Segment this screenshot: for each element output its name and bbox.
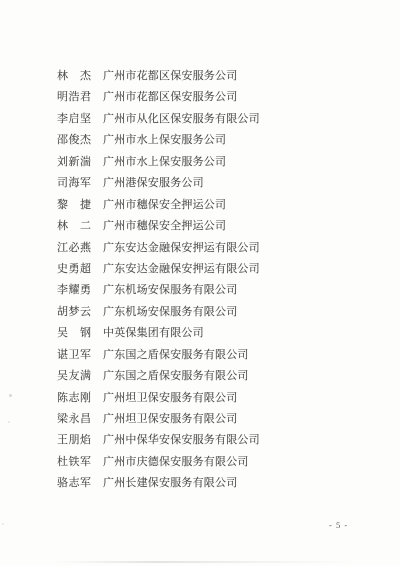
roster-row: 谌卫军 广东国之盾保安服务有限公司 [57, 345, 377, 366]
person-name: 江必燕 [57, 238, 103, 259]
roster-row: 林 杰 广州市花都区保安服务公司 [57, 66, 377, 87]
person-name: 杜铁军 [57, 452, 103, 473]
roster-row: 江必燕 广东安达金融保安押运有限公司 [57, 238, 377, 259]
company-name: 广东安达金融保安押运有限公司 [103, 259, 260, 280]
roster-row: 刘新湍 广州市水上保安服务公司 [57, 152, 377, 173]
person-name: 林 二 [57, 216, 103, 237]
scan-speck [8, 421, 10, 423]
person-name: 谌卫军 [57, 345, 103, 366]
roster-row: 杜铁军 广州市庆德保安服务有限公司 [57, 452, 377, 473]
document-page: 林 杰 广州市花都区保安服务公司 明浩君 广州市花都区保安服务公司 李启坚 广州… [0, 0, 400, 566]
person-name: 史勇超 [57, 259, 103, 280]
company-name: 广州市花都区保安服务公司 [103, 66, 237, 87]
company-name: 广州坦卫保安服务有限公司 [103, 388, 237, 409]
roster-row: 林 二 广州市穗保安全押运公司 [57, 216, 377, 237]
person-name: 胡梦云 [57, 302, 103, 323]
roster-list: 林 杰 广州市花都区保安服务公司 明浩君 广州市花都区保安服务公司 李启坚 广州… [57, 66, 377, 495]
company-name: 广州市从化区保安服务有限公司 [103, 109, 260, 130]
company-name: 广州坦卫保安服务有限公司 [103, 409, 237, 430]
roster-row: 骆志军 广州长建保安服务有限公司 [57, 473, 377, 494]
roster-row: 王朋焰 广州中保华安保安服务有限公司 [57, 430, 377, 451]
roster-row: 陈志刚 广州坦卫保安服务有限公司 [57, 388, 377, 409]
roster-row: 司海军 广州港保安服务公司 [57, 173, 377, 194]
company-name: 广东安达金融保安押运有限公司 [103, 238, 260, 259]
company-name: 广州市穗保安全押运公司 [103, 216, 226, 237]
company-name: 广东机场安保服务有限公司 [103, 280, 237, 301]
page-number: - 5 - [329, 520, 348, 530]
company-name: 中英保集团有限公司 [103, 323, 204, 344]
roster-row: 梁永昌 广州坦卫保安服务有限公司 [57, 409, 377, 430]
roster-row: 吴友满 广东国之盾保安服务有限公司 [57, 366, 377, 387]
company-name: 广州长建保安服务有限公司 [103, 473, 237, 494]
person-name: 吴 钢 [57, 323, 103, 344]
company-name: 广州港保安服务公司 [103, 173, 204, 194]
person-name: 刘新湍 [57, 152, 103, 173]
person-name: 陈志刚 [57, 388, 103, 409]
company-name: 广州中保华安保安服务有限公司 [103, 430, 260, 451]
person-name: 李耀勇 [57, 280, 103, 301]
scan-speck [9, 394, 12, 397]
person-name: 黎 捷 [57, 195, 103, 216]
roster-row: 邵俊杰 广州市水上保安服务公司 [57, 130, 377, 151]
person-name: 李启坚 [57, 109, 103, 130]
company-name: 广州市水上保安服务公司 [103, 130, 226, 151]
company-name: 广东国之盾保安服务有限公司 [103, 366, 249, 387]
roster-row: 明浩君 广州市花都区保安服务公司 [57, 87, 377, 108]
roster-row: 胡梦云 广东机场安保服务有限公司 [57, 302, 377, 323]
person-name: 王朋焰 [57, 430, 103, 451]
person-name: 林 杰 [57, 66, 103, 87]
scan-streak [55, 561, 355, 563]
person-name: 吴友满 [57, 366, 103, 387]
person-name: 司海军 [57, 173, 103, 194]
scan-speck [2, 523, 4, 525]
company-name: 广东国之盾保安服务有限公司 [103, 345, 249, 366]
roster-row: 黎 捷 广州市穗保安全押运公司 [57, 195, 377, 216]
company-name: 广州市穗保安全押运公司 [103, 195, 226, 216]
person-name: 骆志军 [57, 473, 103, 494]
person-name: 邵俊杰 [57, 130, 103, 151]
company-name: 广东机场安保服务有限公司 [103, 302, 237, 323]
roster-row: 李启坚 广州市从化区保安服务有限公司 [57, 109, 377, 130]
company-name: 广州市水上保安服务公司 [103, 152, 226, 173]
company-name: 广州市庆德保安服务有限公司 [103, 452, 249, 473]
roster-row: 史勇超 广东安达金融保安押运有限公司 [57, 259, 377, 280]
roster-row: 吴 钢 中英保集团有限公司 [57, 323, 377, 344]
person-name: 梁永昌 [57, 409, 103, 430]
company-name: 广州市花都区保安服务公司 [103, 87, 237, 108]
roster-row: 李耀勇 广东机场安保服务有限公司 [57, 280, 377, 301]
person-name: 明浩君 [57, 87, 103, 108]
